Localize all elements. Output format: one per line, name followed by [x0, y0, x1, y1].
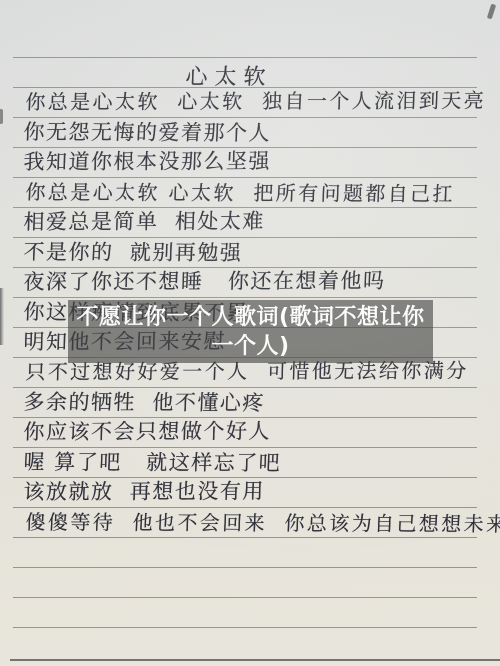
lyric-line-15: 傻傻等待 他也不会回来 你总该为自己想想未来: [25, 509, 500, 538]
notebook-page-photo: 心太软 你总是心太软 心太软 独自一个人流泪到天亮 你无怨无悔的爱着那个人 我知…: [0, 0, 500, 666]
lyric-line-7: 夜深了你还不想睡 你还在想着他吗: [23, 268, 386, 296]
lyric-line-12: 你应该不会只想做个好人: [23, 418, 271, 446]
lyric-line-6: 不是你的 就别再勉强: [23, 239, 243, 267]
paper-edge-mark: [0, 109, 3, 124]
lyric-line-4: 你总是心太软 心太软 把所有问题都自己扛: [25, 179, 455, 208]
lyric-line-13: 喔 算了吧 就这样忘了吧: [23, 449, 282, 477]
paper-corner-mark: [487, 4, 496, 20]
lyric-line-2: 你无怨无悔的爱着那个人: [23, 119, 272, 147]
watermark-text: 不愿让你一个人歌词(歌词不想让你一个人): [76, 305, 424, 359]
lyric-line-5: 相爱总是简单 相处太难: [23, 208, 265, 236]
watermark-overlay: 不愿让你一个人歌词(歌词不想让你一个人): [68, 300, 433, 363]
lyric-line-1: 你总是心太软 心太软 独自一个人流泪到天亮: [25, 87, 487, 116]
lyric-line-14: 该放就放 再想也没有用: [23, 478, 265, 506]
lyric-line-11: 多余的牺牲 他不懂心疼: [23, 389, 265, 417]
bottom-edge-line: [10, 659, 500, 661]
song-title: 心太软: [0, 60, 459, 91]
paper-edge-shadow: [0, 288, 4, 345]
lyric-line-3: 我知道你根本没那么坚强: [23, 148, 271, 176]
